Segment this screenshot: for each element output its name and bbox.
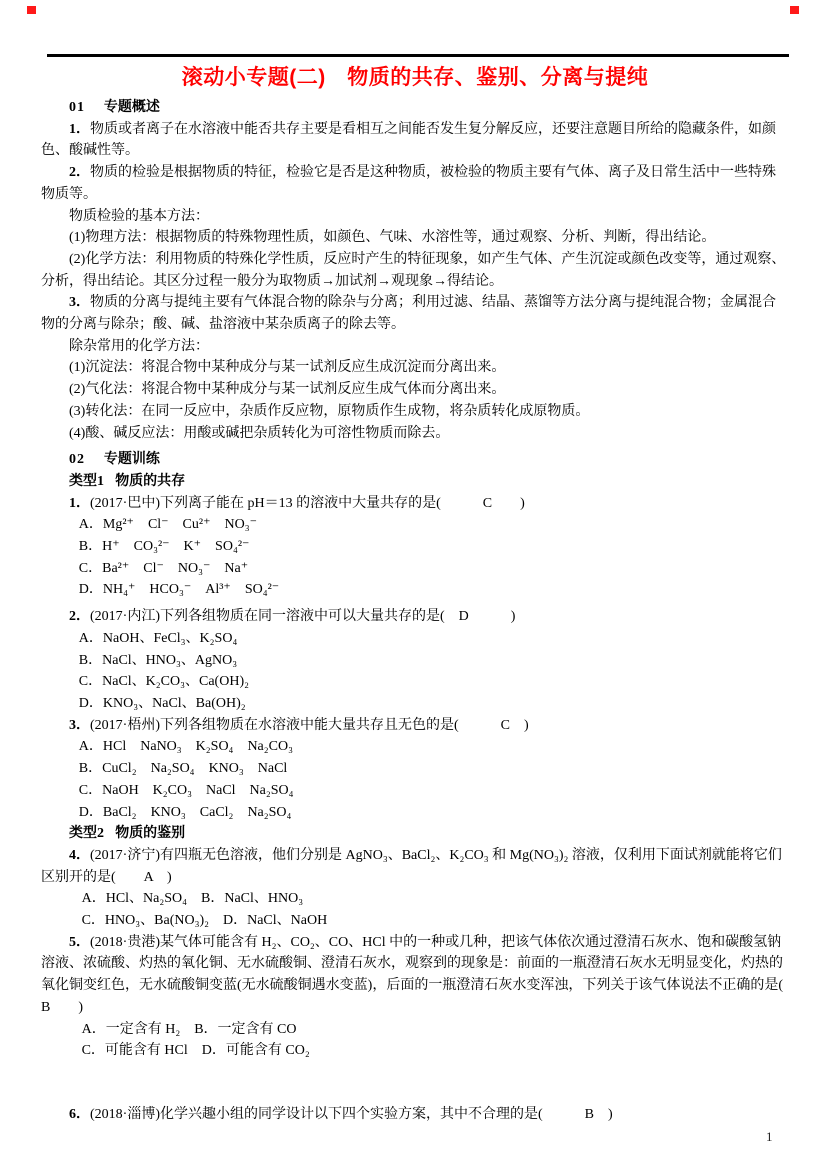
question-stem: 6．(2018·淄博)化学兴趣小组的同学设计以下四个实验方案，其中不合理的是( … <box>41 1104 789 1126</box>
option-line: C．Ba²⁺ Cl⁻ NO₃⁻ Na⁺ <box>41 558 789 580</box>
question-stem: 1．(2017·巴中)下列离子能在 pH＝13 的溶液中大量共存的是( C ) <box>41 493 789 515</box>
section-badge-01: 01 <box>69 100 85 115</box>
option-line: C．可能含有 HCl D．可能含有 CO₂ <box>41 1040 789 1062</box>
question-3: 3．(2017·梧州)下列各组物质在水溶液中能大量共存且无色的是( C ) A．… <box>41 715 789 824</box>
option-line: B．H⁺ CO₃²⁻ K⁺ SO₄²⁻ <box>41 536 789 558</box>
section-badge-02: 02 <box>69 452 85 467</box>
option-line: C．NaCl、K₂CO₃、Ca(OH)₂ <box>41 671 789 693</box>
concept-paragraph: (2)化学方法：利用物质的特殊化学性质，反应时产生的特征现象，如产生气体、产生沉… <box>41 249 789 292</box>
section-title-training: 专题训练 <box>104 452 160 467</box>
page-title: 滚动小专题(二) 物质的共存、鉴别、分离与提纯 <box>41 65 789 91</box>
concept-paragraph: (2)气化法：将混合物中某种成分与某一试剂反应生成气体而分离出来。 <box>41 379 789 401</box>
question-stem: 4．(2017·济宁)有四瓶无色溶液，他们分别是 AgNO₃、BaCl₂、K₂C… <box>41 845 789 888</box>
question-6: 6．(2018·淄博)化学兴趣小组的同学设计以下四个实验方案，其中不合理的是( … <box>41 1104 789 1126</box>
concept-paragraph: (4)酸、碱反应法：用酸或碱把杂质转化为可溶性物质而除去。 <box>41 423 789 445</box>
red-corner-mark-left <box>27 6 36 14</box>
option-line: B．NaCl、HNO₃、AgNO₃ <box>41 650 789 672</box>
question-5: 5．(2018·贵港)某气体可能含有 H₂、CO₂、CO、HCl 中的一种或几种… <box>41 932 789 1062</box>
option-line: A．HCl、Na₂SO₄ B．NaCl、HNO₃ <box>41 888 789 910</box>
option-line: A．一定含有 H₂ B．一定含有 CO <box>41 1019 789 1041</box>
concept-paragraph: 3．物质的分离与提纯主要有气体混合物的除杂与分离；利用过滤、结晶、蒸馏等方法分离… <box>41 292 789 335</box>
concept-paragraph: 1．物质或者离子在水溶液中能否共存主要是看相互之间能否发生复分解反应，还要注意题… <box>41 119 789 162</box>
option-line: A．NaOH、FeCl₃、K₂SO₄ <box>41 628 789 650</box>
option-line: C．HNO₃、Ba(NO₃)₂ D．NaCl、NaOH <box>41 910 789 932</box>
option-line: A．Mg²⁺ Cl⁻ Cu²⁺ NO₃⁻ <box>41 514 789 536</box>
question-1: 1．(2017·巴中)下列离子能在 pH＝13 的溶液中大量共存的是( C ) … <box>41 493 789 602</box>
option-line: A．HCl NaNO₃ K₂SO₄ Na₂CO₃ <box>41 736 789 758</box>
document-content: 滚动小专题(二) 物质的共存、鉴别、分离与提纯 01专题概述 1．物质或者离子在… <box>0 54 827 1126</box>
option-line: D．KNO₃、NaCl、Ba(OH)₂ <box>41 693 789 715</box>
concept-paragraph: 2．物质的检验是根据物质的特征，检验它是否是这种物质，被检验的物质主要有气体、离… <box>41 162 789 205</box>
option-line: D．NH₄⁺ HCO₃⁻ Al³⁺ SO₄²⁻ <box>41 579 789 601</box>
document-page: { "header": { "title": "滚动小专题(二) 物质的共存、鉴… <box>0 0 827 1170</box>
concept-paragraph: 除杂常用的化学方法： <box>41 336 789 358</box>
type-heading-2: 类型2物质的鉴别 <box>41 823 789 845</box>
option-line: B．CuCl₂ Na₂SO₄ KNO₃ NaCl <box>41 758 789 780</box>
section-heading-training: 02专题训练 <box>41 449 789 471</box>
type-heading-1: 类型1物质的共存 <box>41 471 789 493</box>
question-stem: 2．(2017·内江)下列各组物质在同一溶液中可以大量共存的是( D ) <box>41 606 789 628</box>
question-stem: 3．(2017·梧州)下列各组物质在水溶液中能大量共存且无色的是( C ) <box>41 715 789 737</box>
page-number: 1 <box>766 1129 773 1145</box>
question-4: 4．(2017·济宁)有四瓶无色溶液，他们分别是 AgNO₃、BaCl₂、K₂C… <box>41 845 789 932</box>
concept-paragraph: (1)沉淀法：将混合物中某种成分与某一试剂反应生成沉淀而分离出来。 <box>41 357 789 379</box>
red-corner-mark-right <box>790 6 799 14</box>
question-2: 2．(2017·内江)下列各组物质在同一溶液中可以大量共存的是( D ) A．N… <box>41 606 789 715</box>
option-line: D．BaCl₂ KNO₃ CaCl₂ Na₂SO₄ <box>41 802 789 824</box>
option-line: C．NaOH K₂CO₃ NaCl Na₂SO₄ <box>41 780 789 802</box>
concept-paragraph: (3)转化法：在同一反应中，杂质作反应物，原物质作生成物，将杂质转化成原物质。 <box>41 401 789 423</box>
section-heading-overview: 01专题概述 <box>41 97 789 119</box>
header-rule <box>47 54 789 57</box>
concept-paragraph: (1)物理方法：根据物质的特殊物理性质，如颜色、气味、水溶性等，通过观察、分析、… <box>41 227 789 249</box>
section-title-overview: 专题概述 <box>104 100 160 115</box>
question-stem: 5．(2018·贵港)某气体可能含有 H₂、CO₂、CO、HCl 中的一种或几种… <box>41 932 789 1019</box>
concept-paragraph: 物质检验的基本方法： <box>41 206 789 228</box>
